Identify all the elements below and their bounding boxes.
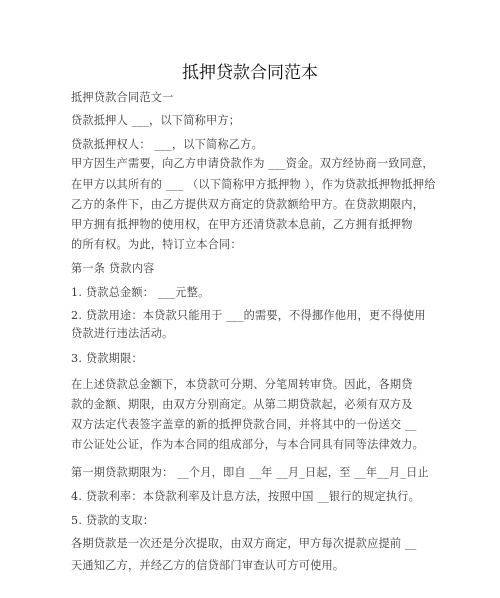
paragraph-line: 贷款抵押权人： ___，以下简称乙方。 <box>71 136 263 152</box>
paragraph-line: 甲方因生产需要，向乙方申请贷款作为 ___资金。双方经协商一致同意， <box>71 155 434 171</box>
paragraph-line: 款的金额、期限，由双方分别商定。从第二期贷款起，必须有双方及 <box>71 396 413 412</box>
paragraph-line: 3. 贷款期限： <box>71 350 143 366</box>
paragraph-line: 在甲方以其所有的 ___ （以下简称甲方抵押物 ），作为贷款抵押物抵押给 <box>71 176 436 192</box>
paragraph-line: 在上述贷款总金额下，本贷款可分期、分笔周转审贷。因此，各期贷 <box>71 376 413 392</box>
paragraph-line: 市公证处公证，作为本合同的组成部分，与本合同具有同等法律效力。 <box>71 436 424 452</box>
paragraph-line: 第一期贷款期限为： __个月，即自 __年 __月_日起，至 __年__月_日止 <box>71 464 429 480</box>
paragraph-line: 5. 贷款的支取： <box>71 512 154 528</box>
paragraph-line: 双方法定代表签字盖章的新的抵押贷款合同，并将其中的一份送交 __ <box>71 416 417 432</box>
paragraph-line: 贷款进行违法活动。 <box>71 325 174 341</box>
paragraph-line: 第一条 贷款内容 <box>71 260 154 276</box>
paragraph-line: 天通知乙方，并经乙方的信贷部门审查认可方可使用。 <box>71 557 344 573</box>
paragraph-line: 乙方的条件下，由乙方提供双方商定的贷款额给甲方。在贷款期限内， <box>71 196 424 212</box>
document-title: 抵押贷款合同范本 <box>0 58 500 83</box>
paragraph-line: 各期贷款是一次还是分次提取，由双方商定，甲方每次提款应提前 __ <box>71 535 417 551</box>
paragraph-line: 贷款抵押人 ___，以下简称甲方； <box>71 112 240 128</box>
paragraph-line: 1. 贷款总金额： ___元整。 <box>71 284 209 300</box>
paragraph-line: 2. 贷款用途：本贷款只能用于 ___的需要，不得挪作他用，更不得使用 <box>71 307 426 323</box>
paragraph-line: 甲方拥有抵押物的使用权，在甲方还清贷款本息前，乙方拥有抵押物 <box>71 216 413 232</box>
paragraph-line: 的所有权。为此，特订立本合同： <box>71 236 242 252</box>
paragraph-line: 抵押贷款合同范文一 <box>71 89 174 105</box>
paragraph-line: 4. 贷款利率：本贷款利率及计息方法，按照中国 __银行的规定执行。 <box>71 488 420 504</box>
